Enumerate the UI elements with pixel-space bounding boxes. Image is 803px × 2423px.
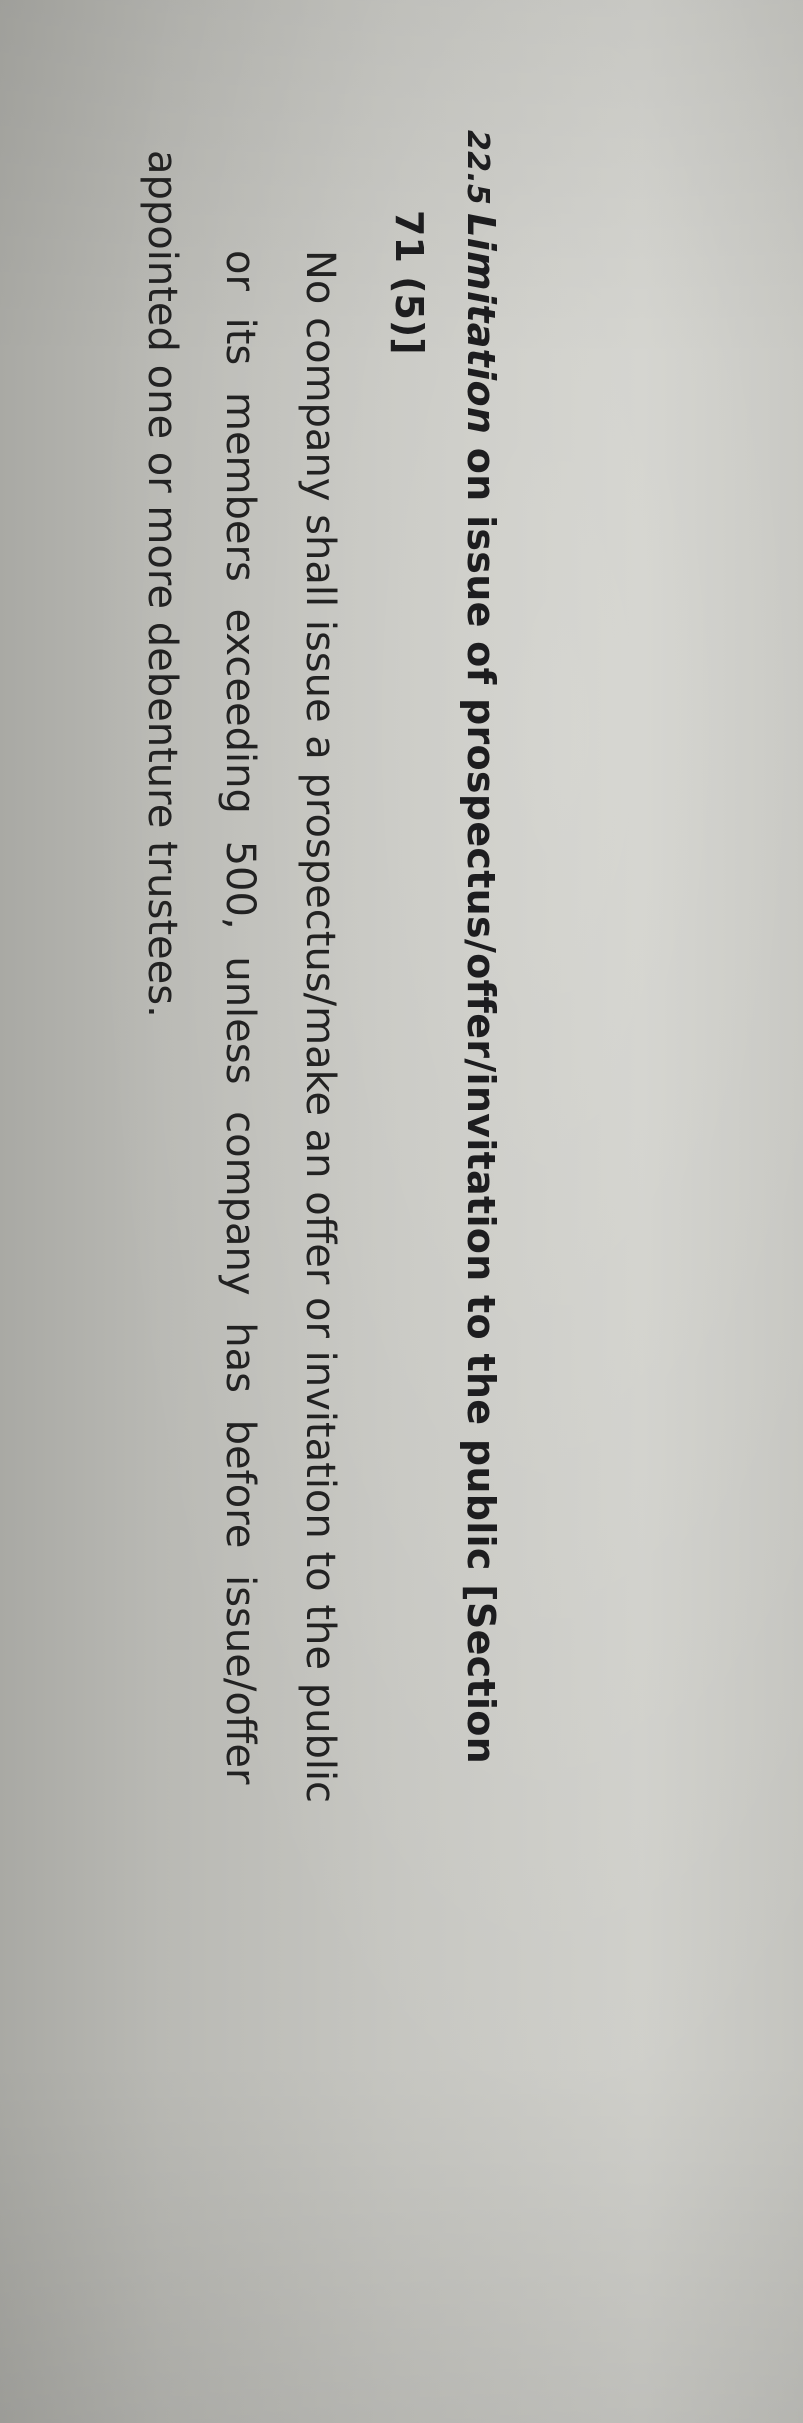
body-line-1: No company shall issue a prospectus/make… (297, 250, 343, 2130)
section-number: 22.5 (460, 130, 495, 205)
section-citation: 71 (5)] (387, 210, 431, 355)
rotated-document-page: 22.5Limitation on issue of prospectus/of… (0, 0, 803, 2423)
body-line-2: or its members exceeding 500, unless com… (217, 250, 263, 2130)
section-heading: 22.5Limitation on issue of prospectus/of… (459, 130, 503, 1764)
body-line-3: appointed one or more debenture trustees… (139, 150, 185, 2030)
section-title: on issue of prospectus/offer/invitation … (459, 434, 503, 1764)
section-title-first-word: Limitation (459, 213, 503, 434)
